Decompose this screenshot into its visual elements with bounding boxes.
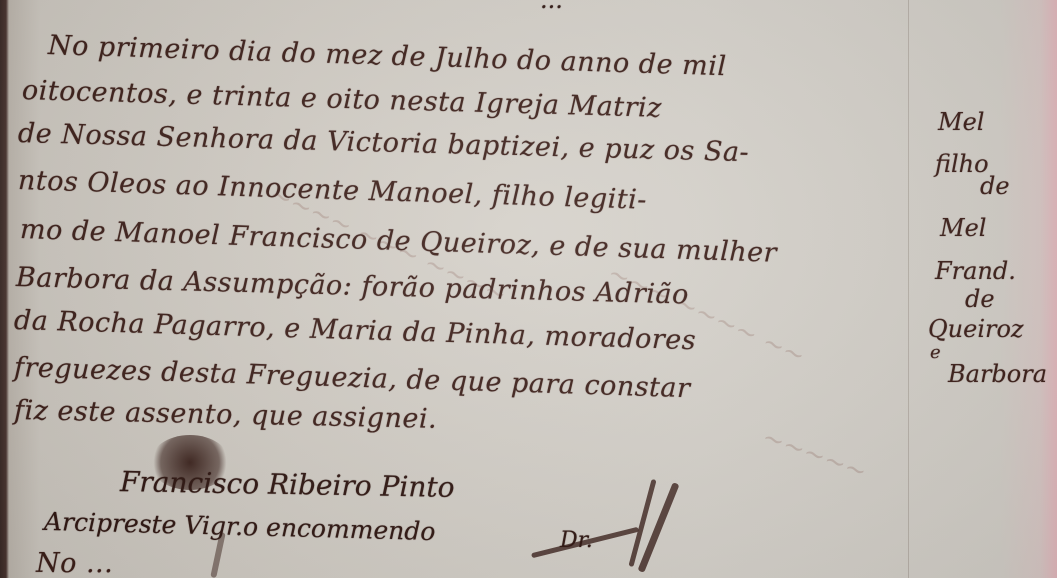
margin-note-3: de <box>980 172 1010 200</box>
record-line-7: da Rocha Pagarro, e Maria da Pinha, mora… <box>14 305 697 356</box>
margin-note-6: de <box>965 285 995 313</box>
next-entry-fragment: No ... <box>36 548 113 578</box>
margin-note-5: Frand. <box>935 257 1016 285</box>
record-line-6: Barbora da Assumpção: forão padrinhos Ad… <box>16 262 690 311</box>
rubric-flourish <box>628 479 656 567</box>
margin-note-9: Barbora <box>948 360 1047 388</box>
bleed-through: ~~~~~ <box>758 422 871 487</box>
record-line-2: oitocentos, e trinta e oito nesta Igreja… <box>22 75 663 124</box>
margin-rule <box>908 0 909 578</box>
record-line-9: fiz este assento, que assignei. <box>14 395 438 435</box>
bleed-through: ~~~ ~~~~ ~~ <box>603 258 809 372</box>
margin-note-8: e <box>930 342 941 363</box>
manuscript-page: ~~~~ ~~~ ~~~~ ~~~ ~~~~ ~~ ~~~~~ ... No p… <box>0 0 1057 578</box>
record-line-3: de Nossa Senhora da Victoria baptizei, e… <box>18 118 750 168</box>
margin-note-7: Queiroz <box>928 315 1024 343</box>
signature-priest-name: Francisco Ribeiro Pinto <box>120 465 455 504</box>
signature-priest-title: Arcipreste Vigr.o encommendo <box>44 507 436 546</box>
previous-entry-fragment: ... <box>540 0 563 14</box>
record-line-1: No primeiro dia do mez de Julho do anno … <box>48 30 727 82</box>
margin-note-4: Mel <box>940 214 986 242</box>
margin-note-1: Mel <box>938 108 984 136</box>
